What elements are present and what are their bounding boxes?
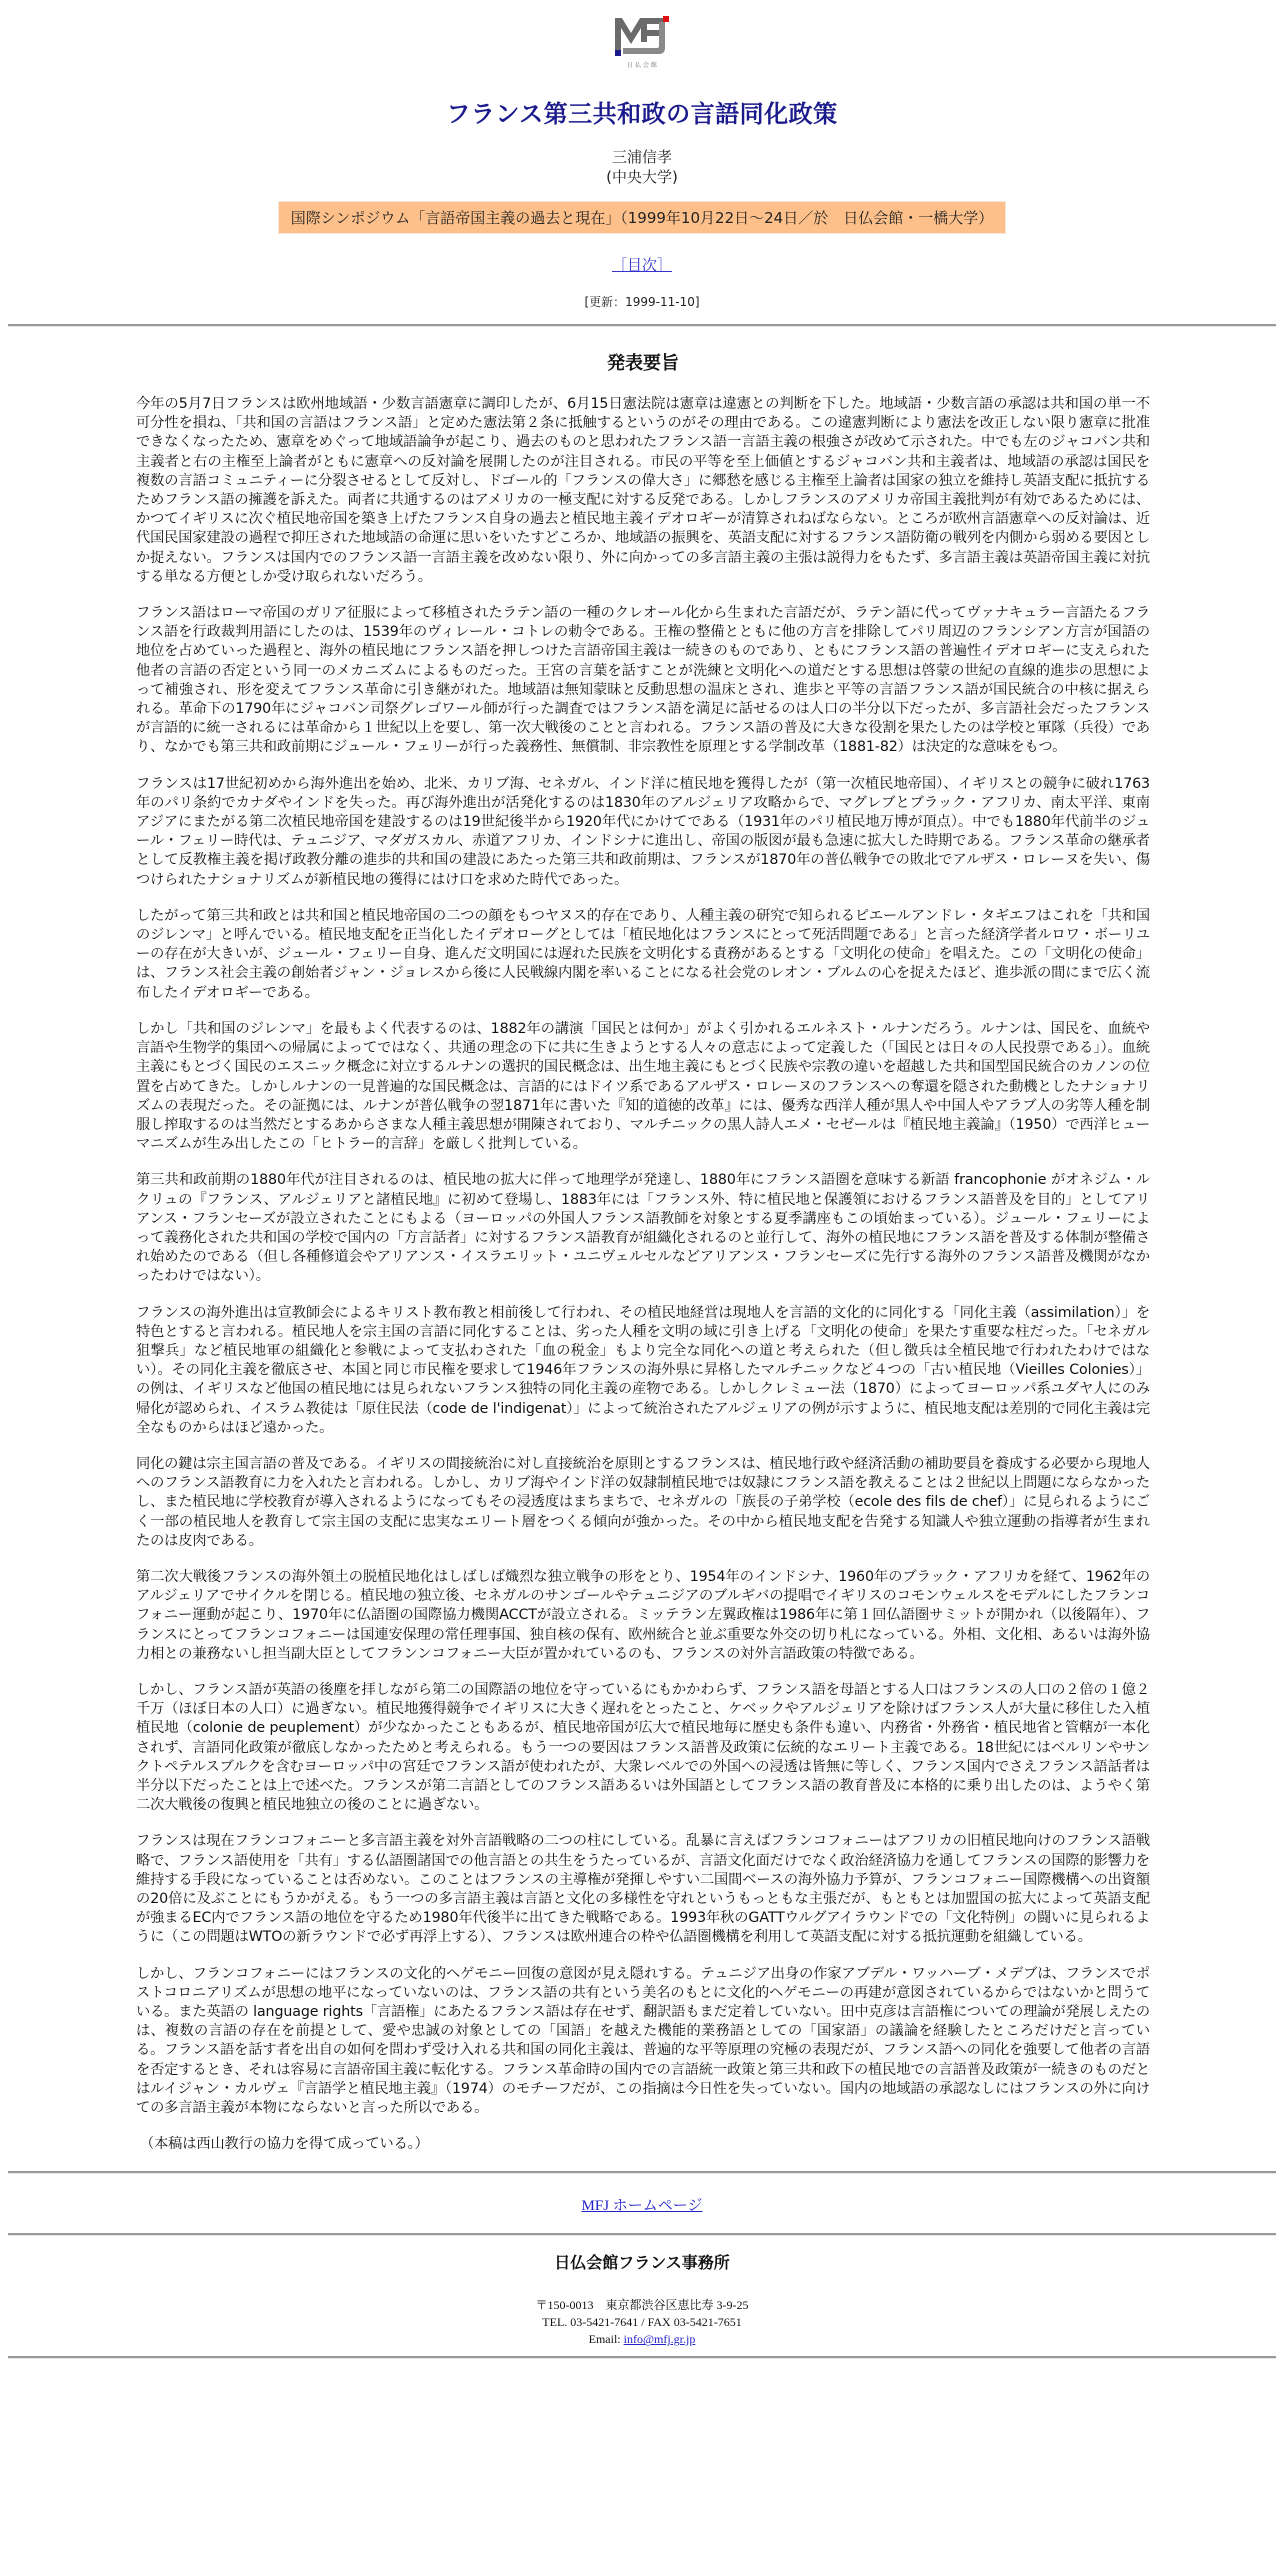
abstract-paragraph: フランスは現在フランコフォニーと多言語主義を対外言語戦略の二つの柱にしている。乱… [136, 1832, 1150, 1947]
symposium-banner: 国際シンポジウム「言語帝国主義の過去と現在」（1999年10月22日～24日／於… [278, 201, 1006, 234]
abstract-paragraph: しかし、フランコフォニーにはフランスの文化的ヘゲモニー回復の意図が見え隠れする。… [136, 1965, 1150, 2119]
divider [8, 2233, 1276, 2236]
abstract-paragraph: フランスの海外進出は宣教師会によるキリスト教布教と相前後して行われ、その植民地経… [136, 1304, 1150, 1438]
svg-text:日 仏 会 館: 日 仏 会 館 [627, 61, 657, 69]
mfj-logo-icon: 日 仏 会 館 [611, 12, 673, 70]
abstract-paragraph: しかし、フランス語が英語の後塵を拝しながら第二の国際語の地位を守っているにもかか… [136, 1681, 1150, 1815]
footer-phone-fax: TEL. 03-5421-7641 / FAX 03-5421-7651 [8, 2314, 1276, 2331]
footer: 日仏会館フランス事務所 〒150-0013 東京都渋谷区恵比寿 3-9-25 T… [8, 2250, 1276, 2348]
footer-org-name: 日仏会館フランス事務所 [8, 2250, 1276, 2273]
author-affiliation: (中央大学) [8, 167, 1276, 187]
page-title: フランス第三共和政の言語同化政策 [8, 94, 1276, 129]
footer-email-label: Email: [589, 2332, 624, 2346]
abstract-paragraph: フランスは17世紀初めから海外進出を始め、北米、カリブ海、セネガル、インド洋に植… [136, 775, 1150, 890]
author-name: 三浦信孝 [8, 147, 1276, 167]
abstract-paragraph: 同化の鍵は宗主国言語の普及である。イギリスの間接統治に対し直接統治を原則とするフ… [136, 1455, 1150, 1551]
author-block: 三浦信孝 (中央大学) [8, 147, 1276, 187]
home-link-row: MFJ ホームページ [8, 2174, 1276, 2233]
abstract-paragraph: フランス語はローマ帝国のガリア征服によって移植されたラテン語の一種のクレオール化… [136, 604, 1150, 758]
abstract-paragraph: 第二次大戦後フランスの海外領土の脱植民地化はしばしば熾烈な独立戦争の形をとり、1… [136, 1568, 1150, 1664]
page-header: 日 仏 会 館 フランス第三共和政の言語同化政策 三浦信孝 (中央大学) 国際シ… [8, 8, 1276, 310]
abstract-paragraph: したがって第三共和政とは共和国と植民地帝国の二つの顔をもつヤヌス的存在であり、人… [136, 907, 1150, 1003]
abstract-paragraph: しかし「共和国のジレンマ」を最もよく代表するのは、1882年の講演「国民とは何か… [136, 1020, 1150, 1154]
abstract-paragraph: 第三共和政前期の1880年代が注目されるのは、植民地の拡大に伴って地理学が発達し… [136, 1171, 1150, 1286]
mfj-home-link[interactable]: MFJ ホームページ [582, 2198, 703, 2214]
table-of-contents-link[interactable]: ［目次］ [612, 254, 672, 275]
page: 日 仏 会 館 フランス第三共和政の言語同化政策 三浦信孝 (中央大学) 国際シ… [0, 0, 1284, 2369]
divider [8, 324, 1276, 327]
footer-email-link[interactable]: info@mfj.gr.jp [624, 2332, 696, 2346]
abstract-paragraph: 今年の5月7日フランスは欧州地域語・少数言語憲章に調印したが、6月15日憲法院は… [136, 395, 1150, 587]
abstract-section: 発表要旨 今年の5月7日フランスは欧州地域語・少数言語憲章に調印したが、6月15… [134, 349, 1150, 2154]
abstract-heading: 発表要旨 [136, 349, 1150, 375]
footer-address: 〒150-0013 東京都渋谷区恵比寿 3-9-25 [8, 2297, 1276, 2314]
acknowledgement-note: （本稿は西山教行の協力を得て成っている。） [136, 2135, 1150, 2154]
updated-date: [更新：1999-11-10] [8, 293, 1276, 310]
footer-email-line: Email: info@mfj.gr.jp [8, 2331, 1276, 2348]
